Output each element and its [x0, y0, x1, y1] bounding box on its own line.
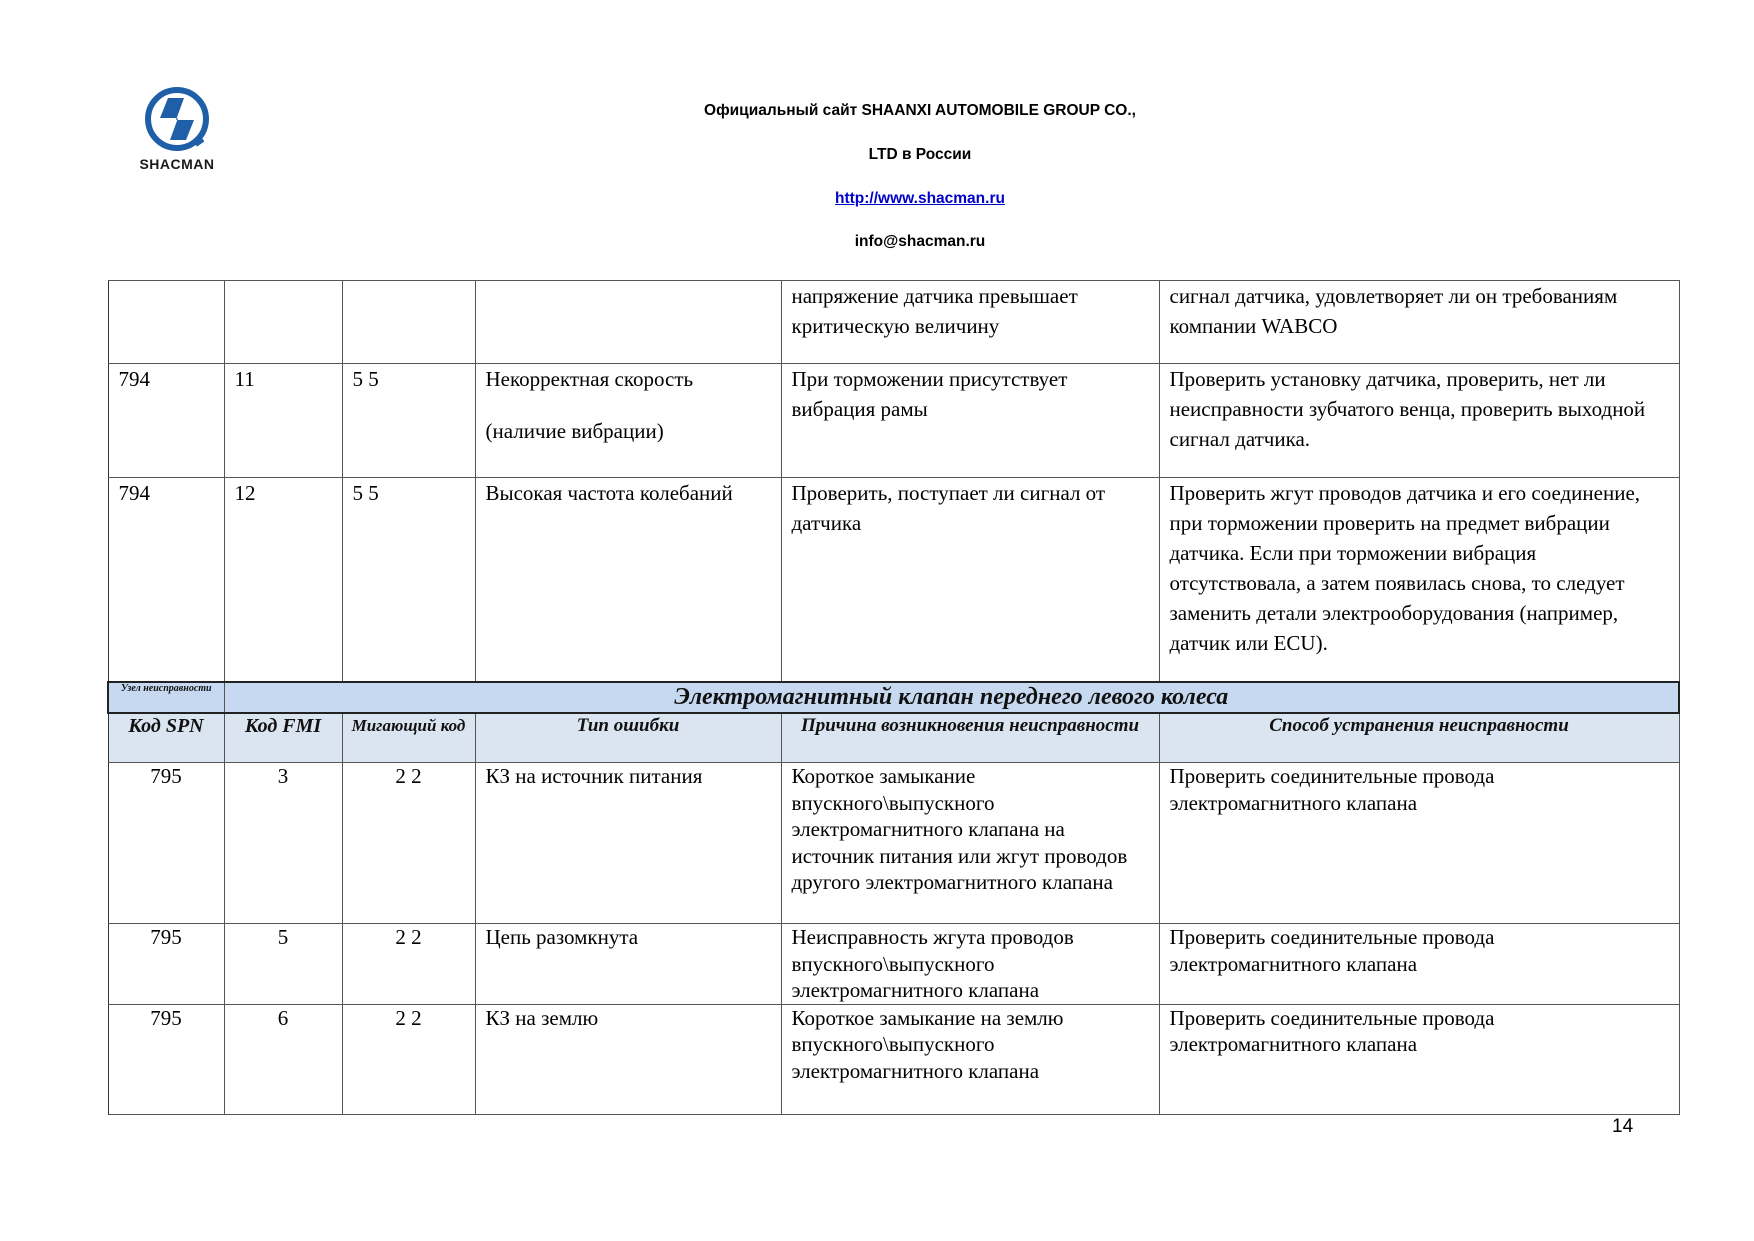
cell-spn: 794 — [108, 364, 224, 478]
header-company-line: Официальный сайт SHAANXI AUTOMOBILE GROU… — [560, 102, 1280, 120]
cell-blink-code: 2 2 — [342, 763, 475, 924]
section-header-row: Узел неисправности Электромагнитный клап… — [108, 682, 1679, 713]
cell-fmi: 3 — [224, 763, 342, 924]
cell-fmi: 11 — [224, 364, 342, 478]
cell-spn: 795 — [108, 763, 224, 924]
cell-cause: Короткое замыкание впускного\выпускного … — [781, 763, 1159, 924]
cell-cause: При торможении присутствует вибрация рам… — [781, 364, 1159, 478]
cell-fmi: 12 — [224, 478, 342, 682]
cell-remedy: Проверить жгут проводов датчика и его со… — [1159, 478, 1679, 682]
col-header-error-type: Тип ошибки — [475, 713, 781, 763]
shacman-emblem-icon — [124, 86, 230, 156]
section-title: Электромагнитный клапан переднего левого… — [224, 682, 1679, 713]
col-header-spn: Код SPN — [108, 713, 224, 763]
header-url-line: http://www.shacman.ru — [560, 190, 1280, 208]
cell-remedy: Проверить соединительные провода электро… — [1159, 1004, 1679, 1114]
cell-blink-code: 5 5 — [342, 364, 475, 478]
cell-cause: Неисправность жгута проводов впускного\в… — [781, 924, 1159, 1005]
website-link[interactable]: http://www.shacman.ru — [835, 190, 1005, 207]
header-email: info@shacman.ru — [560, 233, 1280, 251]
table-row: 795 5 2 2 Цепь разомкнута Неисправность … — [108, 924, 1679, 1005]
table-row: 795 6 2 2 КЗ на землю Короткое замыкание… — [108, 1004, 1679, 1114]
table-row: 794 12 5 5 Высокая частота колебаний Про… — [108, 478, 1679, 682]
cell-blink-code: 2 2 — [342, 1004, 475, 1114]
cell-error-type: КЗ на источник питания — [475, 763, 781, 924]
cell-remedy: Проверить установку датчика, проверить, … — [1159, 364, 1679, 478]
cell-error-type: Высокая частота колебаний — [475, 478, 781, 682]
cell-spn: 795 — [108, 1004, 224, 1114]
cell-spn — [108, 281, 224, 364]
logo-wordmark: SHACMAN — [124, 156, 230, 172]
shacman-logo: SHACMAN — [124, 86, 230, 176]
cell-spn: 795 — [108, 924, 224, 1005]
cell-error-type: Цепь разомкнута — [475, 924, 781, 1005]
fault-node-label: Узел неисправности — [108, 682, 224, 713]
column-header-row: Код SPN Код FMI Мигающий код Тип ошибки … — [108, 713, 1679, 763]
col-header-cause: Причина возникновения неисправности — [781, 713, 1159, 763]
cell-remedy: Проверить соединительные провода электро… — [1159, 924, 1679, 1005]
fault-code-table: напряжение датчика превышает критическую… — [107, 280, 1680, 1115]
error-type-line1: Некорректная скорость — [486, 367, 694, 391]
cell-remedy: Проверить соединительные провода электро… — [1159, 763, 1679, 924]
cell-cause: Проверить, поступает ли сигнал от датчик… — [781, 478, 1159, 682]
cell-fmi: 6 — [224, 1004, 342, 1114]
cell-cause: напряжение датчика превышает критическую… — [781, 281, 1159, 364]
table-row: напряжение датчика превышает критическую… — [108, 281, 1679, 364]
cell-blink-code: 5 5 — [342, 478, 475, 682]
cell-fmi: 5 — [224, 924, 342, 1005]
col-header-fmi: Код FMI — [224, 713, 342, 763]
page-number: 14 — [1612, 1116, 1633, 1138]
cell-fmi — [224, 281, 342, 364]
cell-blink-code — [342, 281, 475, 364]
table-row: 794 11 5 5 Некорректная скорость (наличи… — [108, 364, 1679, 478]
cell-spn: 794 — [108, 478, 224, 682]
cell-cause: Короткое замыкание на землю впускного\вы… — [781, 1004, 1159, 1114]
cell-error-type — [475, 281, 781, 364]
error-type-line2: (наличие вибрации) — [486, 419, 664, 443]
col-header-blink-code: Мигающий код — [342, 713, 475, 763]
cell-error-type: КЗ на землю — [475, 1004, 781, 1114]
cell-error-type: Некорректная скорость (наличие вибрации) — [475, 364, 781, 478]
cell-remedy: сигнал датчика, удовлетворяет ли он треб… — [1159, 281, 1679, 364]
cell-blink-code: 2 2 — [342, 924, 475, 1005]
table-row: 795 3 2 2 КЗ на источник питания Коротко… — [108, 763, 1679, 924]
header-country-line: LTD в России — [560, 146, 1280, 164]
col-header-remedy: Способ устранения неисправности — [1159, 713, 1679, 763]
